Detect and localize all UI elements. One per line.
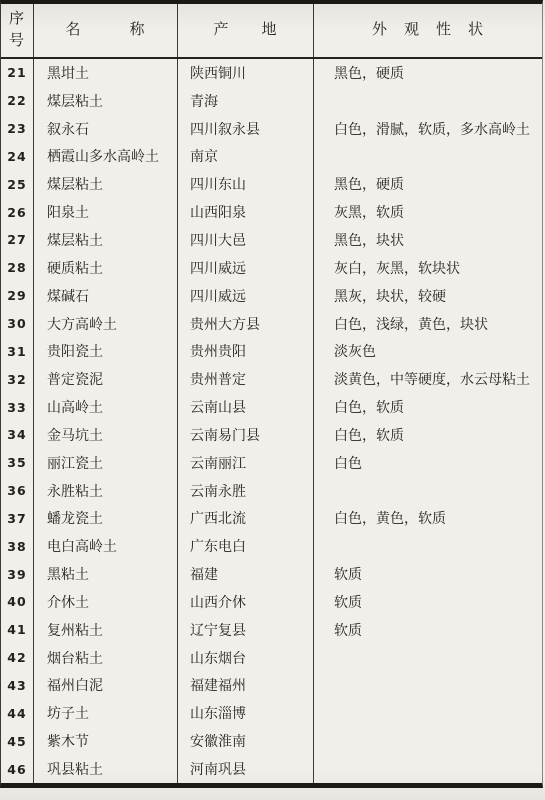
name-cell: 金马坑土	[34, 421, 178, 449]
name-cell: 栖霞山多水高岭土	[34, 143, 178, 171]
name-cell: 普定瓷泥	[34, 365, 178, 393]
appearance-cell: 灰白，灰黑，软块状	[314, 254, 542, 282]
table-row: 28硬质粘土四川威远灰白，灰黑，软块状	[1, 254, 542, 282]
name-cell: 煤碱石	[34, 282, 178, 310]
table-row: 37蟠龙瓷土广西北流白色，黄色，软质	[1, 505, 542, 533]
scanned-document-page: { "colors": { "paper": "#f1efe9", "ink":…	[0, 0, 545, 800]
origin-cell: 广西北流	[178, 505, 314, 533]
name-cell: 煤层粘土	[34, 170, 178, 198]
serial-number-cell: 24	[1, 143, 34, 171]
table-row: 41复州粘土辽宁复县软质	[1, 616, 542, 644]
table-row: 42烟台粘土山东烟台	[1, 644, 542, 672]
name-cell: 煤层粘土	[34, 87, 178, 115]
table-row: 45紫木节安徽淮南	[1, 727, 542, 755]
origin-cell: 四川东山	[178, 170, 314, 198]
table-row: 40介休土山西介休软质	[1, 588, 542, 616]
table-row: 22煤层粘土青海	[1, 87, 542, 115]
origin-cell: 广东电白	[178, 532, 314, 560]
origin-cell: 山西介休	[178, 588, 314, 616]
appearance-cell: 淡灰色	[314, 337, 542, 365]
table-row: 39黑粘土福建软质	[1, 560, 542, 588]
serial-number-cell: 33	[1, 393, 34, 421]
table-row: 34金马坑土云南易门县白色，软质	[1, 421, 542, 449]
name-cell: 福州白泥	[34, 672, 178, 700]
serial-number-cell: 40	[1, 588, 34, 616]
minerals-table: 序 号 名 称 产 地 外 观 性 状 21黑坩土陕西铜川黑色，硬质22煤层粘土…	[0, 0, 543, 788]
serial-number-cell: 46	[1, 755, 34, 783]
name-cell: 山高岭土	[34, 393, 178, 421]
appearance-cell: 淡黄色，中等硬度，水云母粘土	[314, 365, 542, 393]
serial-number-cell: 28	[1, 254, 34, 282]
serial-number-cell: 39	[1, 560, 34, 588]
appearance-cell	[314, 755, 542, 783]
table-row: 35丽江瓷土云南丽江白色	[1, 449, 542, 477]
name-cell: 贵阳瓷土	[34, 337, 178, 365]
origin-cell: 河南巩县	[178, 755, 314, 783]
appearance-cell	[314, 87, 542, 115]
table-row: 43福州白泥福建福州	[1, 672, 542, 700]
origin-cell: 青海	[178, 87, 314, 115]
table-row: 31贵阳瓷土贵州贵阳淡灰色	[1, 337, 542, 365]
name-cell: 烟台粘土	[34, 644, 178, 672]
origin-cell: 四川大邑	[178, 226, 314, 254]
table-row: 27煤层粘土四川大邑黑色，块状	[1, 226, 542, 254]
serial-number-cell: 21	[1, 59, 34, 87]
table-row: 33山高岭土云南山县白色，软质	[1, 393, 542, 421]
serial-number-cell: 30	[1, 310, 34, 338]
appearance-cell: 灰黑，软质	[314, 198, 542, 226]
serial-number-cell: 35	[1, 449, 34, 477]
origin-cell: 陕西铜川	[178, 59, 314, 87]
serial-number-cell: 34	[1, 421, 34, 449]
serial-number-cell: 41	[1, 616, 34, 644]
origin-cell: 福建福州	[178, 672, 314, 700]
name-cell: 介休土	[34, 588, 178, 616]
origin-cell: 贵州普定	[178, 365, 314, 393]
serial-number-cell: 22	[1, 87, 34, 115]
appearance-cell: 白色，软质	[314, 421, 542, 449]
origin-cell: 南京	[178, 143, 314, 171]
table-row: 26阳泉土山西阳泉灰黑，软质	[1, 198, 542, 226]
name-cell: 永胜粘土	[34, 477, 178, 505]
origin-cell: 山东烟台	[178, 644, 314, 672]
name-cell: 复州粘土	[34, 616, 178, 644]
serial-number-cell: 36	[1, 477, 34, 505]
table-row: 46巩县粘土河南巩县	[1, 755, 542, 783]
origin-cell: 云南永胜	[178, 477, 314, 505]
serial-number-cell: 42	[1, 644, 34, 672]
table-body: 21黑坩土陕西铜川黑色，硬质22煤层粘土青海23叙永石四川叙永县白色，滑腻，软质…	[1, 59, 542, 783]
table-row: 25煤层粘土四川东山黑色，硬质	[1, 170, 542, 198]
header-serial-number: 序 号	[1, 4, 34, 57]
origin-cell: 山西阳泉	[178, 198, 314, 226]
table-row: 36永胜粘土云南永胜	[1, 477, 542, 505]
origin-cell: 云南丽江	[178, 449, 314, 477]
table-row: 24栖霞山多水高岭土南京	[1, 143, 542, 171]
appearance-cell: 黑灰，块状，较硬	[314, 282, 542, 310]
table-row: 38电白高岭土广东电白	[1, 532, 542, 560]
origin-cell: 四川威远	[178, 282, 314, 310]
origin-cell: 云南山县	[178, 393, 314, 421]
appearance-cell	[314, 699, 542, 727]
table-row: 23叙永石四川叙永县白色，滑腻，软质，多水高岭土	[1, 115, 542, 143]
serial-number-cell: 45	[1, 727, 34, 755]
serial-number-cell: 23	[1, 115, 34, 143]
appearance-cell	[314, 477, 542, 505]
origin-cell: 四川威远	[178, 254, 314, 282]
appearance-cell: 黑色，块状	[314, 226, 542, 254]
header-appearance: 外 观 性 状	[314, 4, 542, 57]
name-cell: 电白高岭土	[34, 532, 178, 560]
table-row: 30大方高岭土贵州大方县白色，浅绿，黄色，块状	[1, 310, 542, 338]
table-row: 44坊子土山东淄博	[1, 699, 542, 727]
header-origin: 产 地	[178, 4, 314, 57]
appearance-cell	[314, 644, 542, 672]
table-header-row: 序 号 名 称 产 地 外 观 性 状	[1, 4, 542, 59]
serial-number-cell: 32	[1, 365, 34, 393]
header-name: 名 称	[34, 4, 178, 57]
name-cell: 叙永石	[34, 115, 178, 143]
origin-cell: 辽宁复县	[178, 616, 314, 644]
appearance-cell: 白色，浅绿，黄色，块状	[314, 310, 542, 338]
name-cell: 紫木节	[34, 727, 178, 755]
serial-number-cell: 27	[1, 226, 34, 254]
name-cell: 黑粘土	[34, 560, 178, 588]
name-cell: 硬质粘土	[34, 254, 178, 282]
appearance-cell	[314, 672, 542, 700]
name-cell: 煤层粘土	[34, 226, 178, 254]
serial-number-cell: 37	[1, 505, 34, 533]
serial-number-cell: 31	[1, 337, 34, 365]
serial-number-cell: 44	[1, 699, 34, 727]
serial-number-cell: 43	[1, 672, 34, 700]
appearance-cell	[314, 532, 542, 560]
appearance-cell	[314, 143, 542, 171]
origin-cell: 贵州贵阳	[178, 337, 314, 365]
origin-cell: 福建	[178, 560, 314, 588]
appearance-cell: 软质	[314, 588, 542, 616]
serial-number-cell: 29	[1, 282, 34, 310]
appearance-cell	[314, 727, 542, 755]
appearance-cell: 白色，黄色，软质	[314, 505, 542, 533]
serial-number-cell: 38	[1, 532, 34, 560]
name-cell: 丽江瓷土	[34, 449, 178, 477]
origin-cell: 四川叙永县	[178, 115, 314, 143]
appearance-cell: 黑色，硬质	[314, 170, 542, 198]
origin-cell: 山东淄博	[178, 699, 314, 727]
name-cell: 蟠龙瓷土	[34, 505, 178, 533]
table-row: 32普定瓷泥贵州普定淡黄色，中等硬度，水云母粘土	[1, 365, 542, 393]
appearance-cell: 白色，软质	[314, 393, 542, 421]
name-cell: 坊子土	[34, 699, 178, 727]
name-cell: 黑坩土	[34, 59, 178, 87]
serial-number-cell: 26	[1, 198, 34, 226]
name-cell: 巩县粘土	[34, 755, 178, 783]
appearance-cell: 软质	[314, 560, 542, 588]
origin-cell: 云南易门县	[178, 421, 314, 449]
origin-cell: 安徽淮南	[178, 727, 314, 755]
table-row: 29煤碱石四川威远黑灰，块状，较硬	[1, 282, 542, 310]
appearance-cell: 白色	[314, 449, 542, 477]
appearance-cell: 黑色，硬质	[314, 59, 542, 87]
table-row: 21黑坩土陕西铜川黑色，硬质	[1, 59, 542, 87]
name-cell: 大方高岭土	[34, 310, 178, 338]
appearance-cell: 白色，滑腻，软质，多水高岭土	[314, 115, 542, 143]
name-cell: 阳泉土	[34, 198, 178, 226]
serial-number-cell: 25	[1, 170, 34, 198]
origin-cell: 贵州大方县	[178, 310, 314, 338]
appearance-cell: 软质	[314, 616, 542, 644]
